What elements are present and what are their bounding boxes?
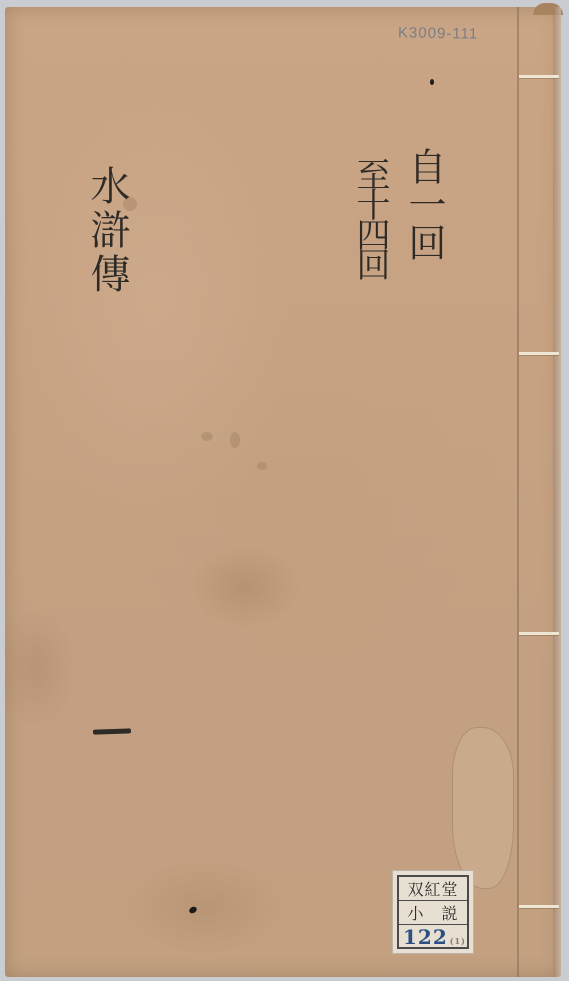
label-category-char: 小 <box>407 901 424 924</box>
label-category-char: 説 <box>441 901 458 924</box>
label-category: 小 説 <box>399 901 467 925</box>
label-sub-number: (1) <box>450 936 466 949</box>
binding-fold-line <box>517 7 519 977</box>
spine-edge <box>553 7 561 977</box>
library-label: 双紅堂 小 説 122 (1) <box>392 870 474 954</box>
label-number-row: 122 (1) <box>399 925 467 949</box>
chapter-range-to: 至十四回 <box>353 157 387 277</box>
binding-thread <box>519 905 559 908</box>
chapter-range-from: 自一回 <box>405 147 443 261</box>
stain <box>201 432 213 441</box>
stain <box>257 462 267 470</box>
volume-mark <box>93 728 131 734</box>
book-cover: K3009-111 自一回 至十四回 水滸傳 <box>5 7 561 977</box>
binding-thread <box>519 352 559 355</box>
binding-thread <box>519 632 559 635</box>
book-title: 水滸傳 <box>87 165 127 297</box>
binding-thread <box>519 75 559 78</box>
stain <box>230 432 240 448</box>
ink-spot <box>188 905 198 914</box>
water-stain <box>452 727 514 889</box>
label-collection: 双紅堂 <box>399 877 467 901</box>
ink-spot <box>430 79 434 85</box>
stain <box>123 197 137 211</box>
call-number: K3009-111 <box>398 24 478 42</box>
label-number: 122 <box>403 925 448 949</box>
